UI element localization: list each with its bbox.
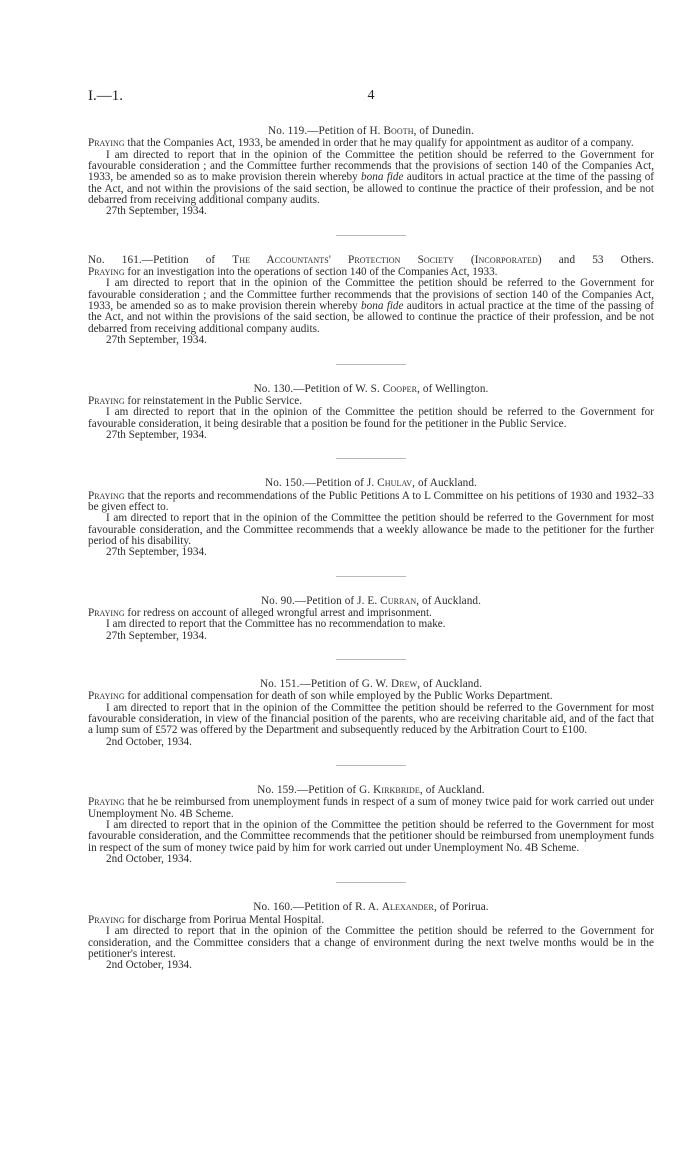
praying-text: that the reports and recommendations of … xyxy=(88,490,654,513)
section-divider xyxy=(336,576,406,577)
petition-number: No. 160.—Petition of R. A. xyxy=(253,901,379,913)
petition-number: No. 119.—Petition of H. xyxy=(268,125,381,137)
petition-entry: No. 161.—Petition of The Accountants' Pr… xyxy=(88,255,654,347)
petition-number: No. 90.—Petition of J. E. xyxy=(261,595,377,607)
petitioner-name: Chulav xyxy=(377,477,412,489)
petition-date: 2nd October, 1934. xyxy=(88,960,654,971)
petition-location: , of Auckland. xyxy=(420,784,485,796)
praying-lead: Praying xyxy=(88,690,125,702)
report-text: I am directed to report that in the opin… xyxy=(88,512,654,547)
praying-lead: Praying xyxy=(88,607,125,619)
report-text: I am directed to report that in the opin… xyxy=(88,702,654,737)
petition-title: No. 159.—Petition of G. Kirkbride, of Au… xyxy=(88,785,654,796)
page-header: I.—1. 4 xyxy=(88,88,654,104)
petitioner-name: Booth xyxy=(383,125,413,137)
section-divider xyxy=(336,882,406,883)
petitioner-name: Cooper xyxy=(383,383,417,395)
petition-location: and 53 Others. xyxy=(542,254,654,266)
petition-title: No. 151.—Petition of G. W. Drew, of Auck… xyxy=(88,679,654,690)
praying-paragraph: Praying that he be reimbursed from unemp… xyxy=(88,797,654,820)
praying-text: for additional compensation for death of… xyxy=(125,690,553,702)
petition-location: , of Dunedin. xyxy=(414,125,474,137)
praying-text: for redress on account of alleged wrongf… xyxy=(125,607,432,619)
petition-entry: No. 90.—Petition of J. E. Curran, of Auc… xyxy=(88,596,654,642)
petition-title: No. 161.—Petition of The Accountants' Pr… xyxy=(88,255,654,266)
report-paragraph: I am directed to report that in the opin… xyxy=(88,820,654,854)
petition-date: 27th September, 1934. xyxy=(88,335,654,346)
petition-entry: No. 159.—Petition of G. Kirkbride, of Au… xyxy=(88,785,654,865)
report-italic: bona fide xyxy=(361,300,403,312)
petitioner-name: Alexander xyxy=(382,901,434,913)
section-divider xyxy=(336,765,406,766)
section-divider xyxy=(336,659,406,660)
report-italic: bona fide xyxy=(361,171,403,183)
petition-number: No. 159.—Petition of G. xyxy=(257,784,370,796)
praying-paragraph: Praying that the reports and recommendat… xyxy=(88,491,654,514)
petition-date: 27th September, 1934. xyxy=(88,547,654,558)
petition-entry: No. 119.—Petition of H. Booth, of Dunedi… xyxy=(88,126,654,218)
petition-title: No. 119.—Petition of H. Booth, of Dunedi… xyxy=(88,126,654,137)
petitions-list: No. 119.—Petition of H. Booth, of Dunedi… xyxy=(88,126,654,972)
petition-title: No. 90.—Petition of J. E. Curran, of Auc… xyxy=(88,596,654,607)
report-text: I am directed to report that in the opin… xyxy=(88,925,654,960)
page-number: 4 xyxy=(88,88,654,104)
report-paragraph: I am directed to report that in the opin… xyxy=(88,278,654,335)
petition-number: No. 161.—Petition of xyxy=(88,254,215,266)
petition-number: No. 151.—Petition of G. W. xyxy=(260,678,388,690)
praying-text: for an investigation into the operations… xyxy=(125,266,498,278)
report-text: I am directed to report that in the opin… xyxy=(88,819,654,854)
report-text: I am directed to report that the Committ… xyxy=(106,618,446,630)
report-text: I am directed to report that in the opin… xyxy=(88,406,654,429)
petition-location: , of Auckland. xyxy=(416,595,481,607)
petition-date: 27th September, 1934. xyxy=(88,430,654,441)
petition-number: No. 130.—Petition of W. S. xyxy=(254,383,380,395)
report-paragraph: I am directed to report that in the opin… xyxy=(88,513,654,547)
petitioner-name: Drew xyxy=(391,678,417,690)
praying-lead: Praying xyxy=(88,914,125,926)
petitioner-name: Kirkbride xyxy=(373,784,420,796)
petition-date: 2nd October, 1934. xyxy=(88,737,654,748)
petition-title: No. 130.—Petition of W. S. Cooper, of We… xyxy=(88,384,654,395)
petition-date: 27th September, 1934. xyxy=(88,206,654,217)
praying-lead: Praying xyxy=(88,796,125,808)
petitioner-name: The Accountants' Protection Society (Inc… xyxy=(232,254,541,266)
section-divider xyxy=(336,364,406,365)
petition-entry: No. 130.—Petition of W. S. Cooper, of We… xyxy=(88,384,654,442)
petition-location: , of Auckland. xyxy=(417,678,482,690)
praying-lead: Praying xyxy=(88,137,125,149)
report-paragraph: I am directed to report that the Committ… xyxy=(88,619,654,630)
petition-title: No. 160.—Petition of R. A. Alexander, of… xyxy=(88,902,654,913)
praying-lead: Praying xyxy=(88,395,125,407)
praying-text: for reinstatement in the Public Service. xyxy=(125,395,302,407)
petition-location: , of Wellington. xyxy=(417,383,488,395)
petition-location: , of Porirua. xyxy=(434,901,489,913)
report-paragraph: I am directed to report that in the opin… xyxy=(88,150,654,207)
petition-title: No. 150.—Petition of J. Chulav, of Auckl… xyxy=(88,478,654,489)
petition-entry: No. 151.—Petition of G. W. Drew, of Auck… xyxy=(88,679,654,748)
petition-date: 2nd October, 1934. xyxy=(88,854,654,865)
petition-number: No. 150.—Petition of J. xyxy=(265,477,374,489)
petitioner-name: Curran xyxy=(380,595,416,607)
praying-text: that he be reimbursed from unemployment … xyxy=(88,796,654,819)
praying-lead: Praying xyxy=(88,490,125,502)
section-divider xyxy=(336,235,406,236)
report-paragraph: I am directed to report that in the opin… xyxy=(88,407,654,430)
petition-entry: No. 150.—Petition of J. Chulav, of Auckl… xyxy=(88,478,654,558)
section-divider xyxy=(336,458,406,459)
praying-text: for discharge from Porirua Mental Hospit… xyxy=(125,914,325,926)
report-paragraph: I am directed to report that in the opin… xyxy=(88,926,654,960)
report-paragraph: I am directed to report that in the opin… xyxy=(88,703,654,737)
petition-date: 27th September, 1934. xyxy=(88,631,654,642)
petition-entry: No. 160.—Petition of R. A. Alexander, of… xyxy=(88,902,654,971)
praying-text: that the Companies Act, 1933, be amended… xyxy=(125,137,634,149)
praying-lead: Praying xyxy=(88,266,125,278)
petition-location: , of Auckland. xyxy=(412,477,477,489)
